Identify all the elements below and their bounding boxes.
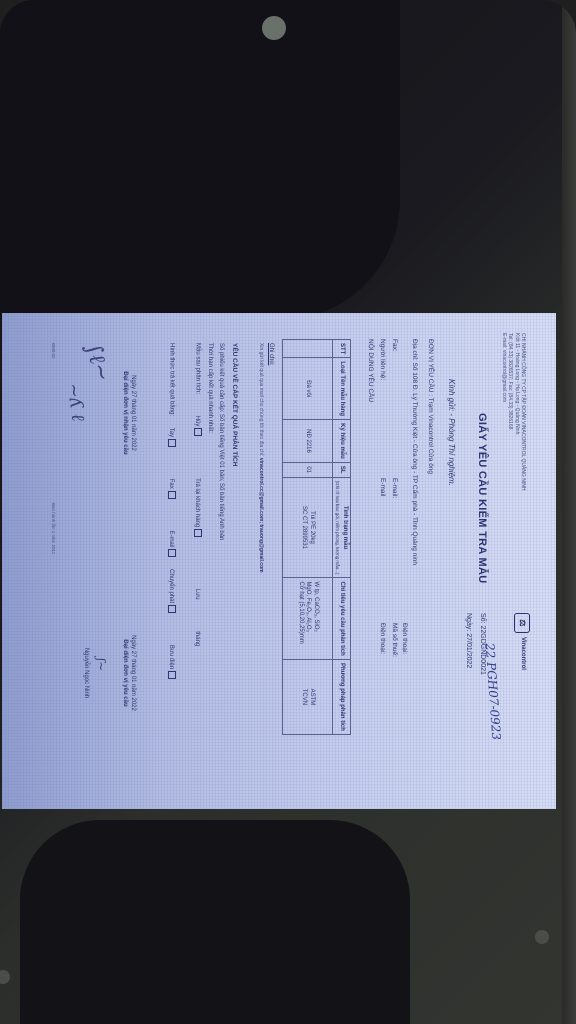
sample-request-table: STT Loại Tên mẫu hàng Ký hiệu mẫu SL Tìn… <box>282 339 351 735</box>
sensor-dot <box>535 930 549 944</box>
requester-signature-block: Ngày 27 tháng 01 năm 2022 Đại diện đơn v… <box>82 603 137 743</box>
note-text: Xin gửi kết quả qua mail cho chúng tôi t… <box>258 343 264 573</box>
deadline-line: Thời hạn cấp kết quả nhanh nhất: <box>206 343 214 433</box>
fax-label: Fax: <box>390 339 398 352</box>
form-code: BM0.02 <box>50 343 56 359</box>
handwritten-signature-left-2: ~ʎ ℓ <box>61 382 89 423</box>
front-camera <box>262 16 286 40</box>
recipient-line: Kính gửi: - Phòng Thí nghiệm. <box>446 379 456 486</box>
handwritten-signature-right: ʃ~ <box>93 658 108 671</box>
checkbox-email[interactable] <box>168 549 176 557</box>
checkbox-fax[interactable] <box>168 491 176 499</box>
delivery-method-line: Hình thức trả kết quả bằng: Tay Fax E-ma… <box>167 343 176 679</box>
result-request-heading: YÊU CẦU VỀ CẤP KẾT QUẢ PHÂN TÍCH <box>230 343 238 466</box>
phone-photo: CHI NHÁNH CÔNG TY CP TẬP ĐOÀN VINACONTRO… <box>0 0 576 1024</box>
contact-person-label: Người liên hệ: <box>378 339 386 380</box>
phone-screen: CHI NHÁNH CÔNG TY CP TẬP ĐOÀN VINACONTRO… <box>2 313 556 809</box>
sample-after-line: Mẫu sau phân tích: Hủy Trả lại khách hàn… <box>193 343 202 646</box>
checkbox-chuyen-phat[interactable] <box>168 605 176 613</box>
form-issue: Ban hành lần 1 năm 2011 <box>50 503 56 554</box>
company-header: CHI NHÁNH CÔNG TY CP TẬP ĐOÀN VINACONTRO… <box>501 333 526 593</box>
note-label: Ghi chú: <box>267 343 275 365</box>
phone-edge <box>562 0 576 1024</box>
hand-shadow-top <box>0 0 400 320</box>
checkbox-tra-lai[interactable] <box>194 529 202 537</box>
phone-label-1: Điện thoại: <box>400 623 408 654</box>
tax-code-label: Mã số thuế: <box>390 623 398 657</box>
scales-logo-icon: ⚖ <box>514 613 530 633</box>
email-label-2: E-mail <box>378 478 386 496</box>
requesting-unit: ĐƠN VỊ YÊU CẦU : Trạm Vinacontrol Cửa ôn… <box>426 339 434 474</box>
sensor-dot <box>0 970 10 984</box>
document-title: GIẤY YÊU CẦU KIỂM TRA MẪU <box>474 413 488 583</box>
handwritten-signature-left: ∫ℓ~ <box>78 340 116 386</box>
email-label-1: E-mail: <box>390 478 398 498</box>
address-line: Địa chỉ: Số 108 Đ. Lý Thường Kiệt - Cửa … <box>410 339 418 565</box>
checkbox-tay[interactable] <box>168 439 176 447</box>
checkbox-huy[interactable] <box>194 428 202 436</box>
checkbox-buu-dien[interactable] <box>168 671 176 679</box>
receiver-signature-block: Ngày 27 tháng 01 năm 2022 Đại diện đơn v… <box>121 343 136 483</box>
table-header-row: STT Loại Tên mẫu hàng Ký hiệu mẫu SL Tìn… <box>332 340 350 735</box>
phone-label-2: Điện thoại: <box>378 623 386 654</box>
copies-line: Số phiếu kết quả cần cấp: Số bản tiếng V… <box>217 343 225 540</box>
request-content-heading: NỘI DUNG YÊU CẦU <box>366 339 374 402</box>
hand-shadow-bottom <box>20 820 410 1024</box>
table-row: Đá vôi NĐ 2216 01 Túi PE 20kg SC CT 2899… <box>282 340 332 735</box>
document-date: Ngày: 27/01/2022 <box>463 613 472 668</box>
document-page: CHI NHÁNH CÔNG TY CP TẬP ĐOÀN VINACONTRO… <box>36 313 556 783</box>
company-logo: ⚖ Vinacontrol <box>514 613 530 670</box>
document-number: Số: 22GDGND0021 <box>477 613 486 675</box>
